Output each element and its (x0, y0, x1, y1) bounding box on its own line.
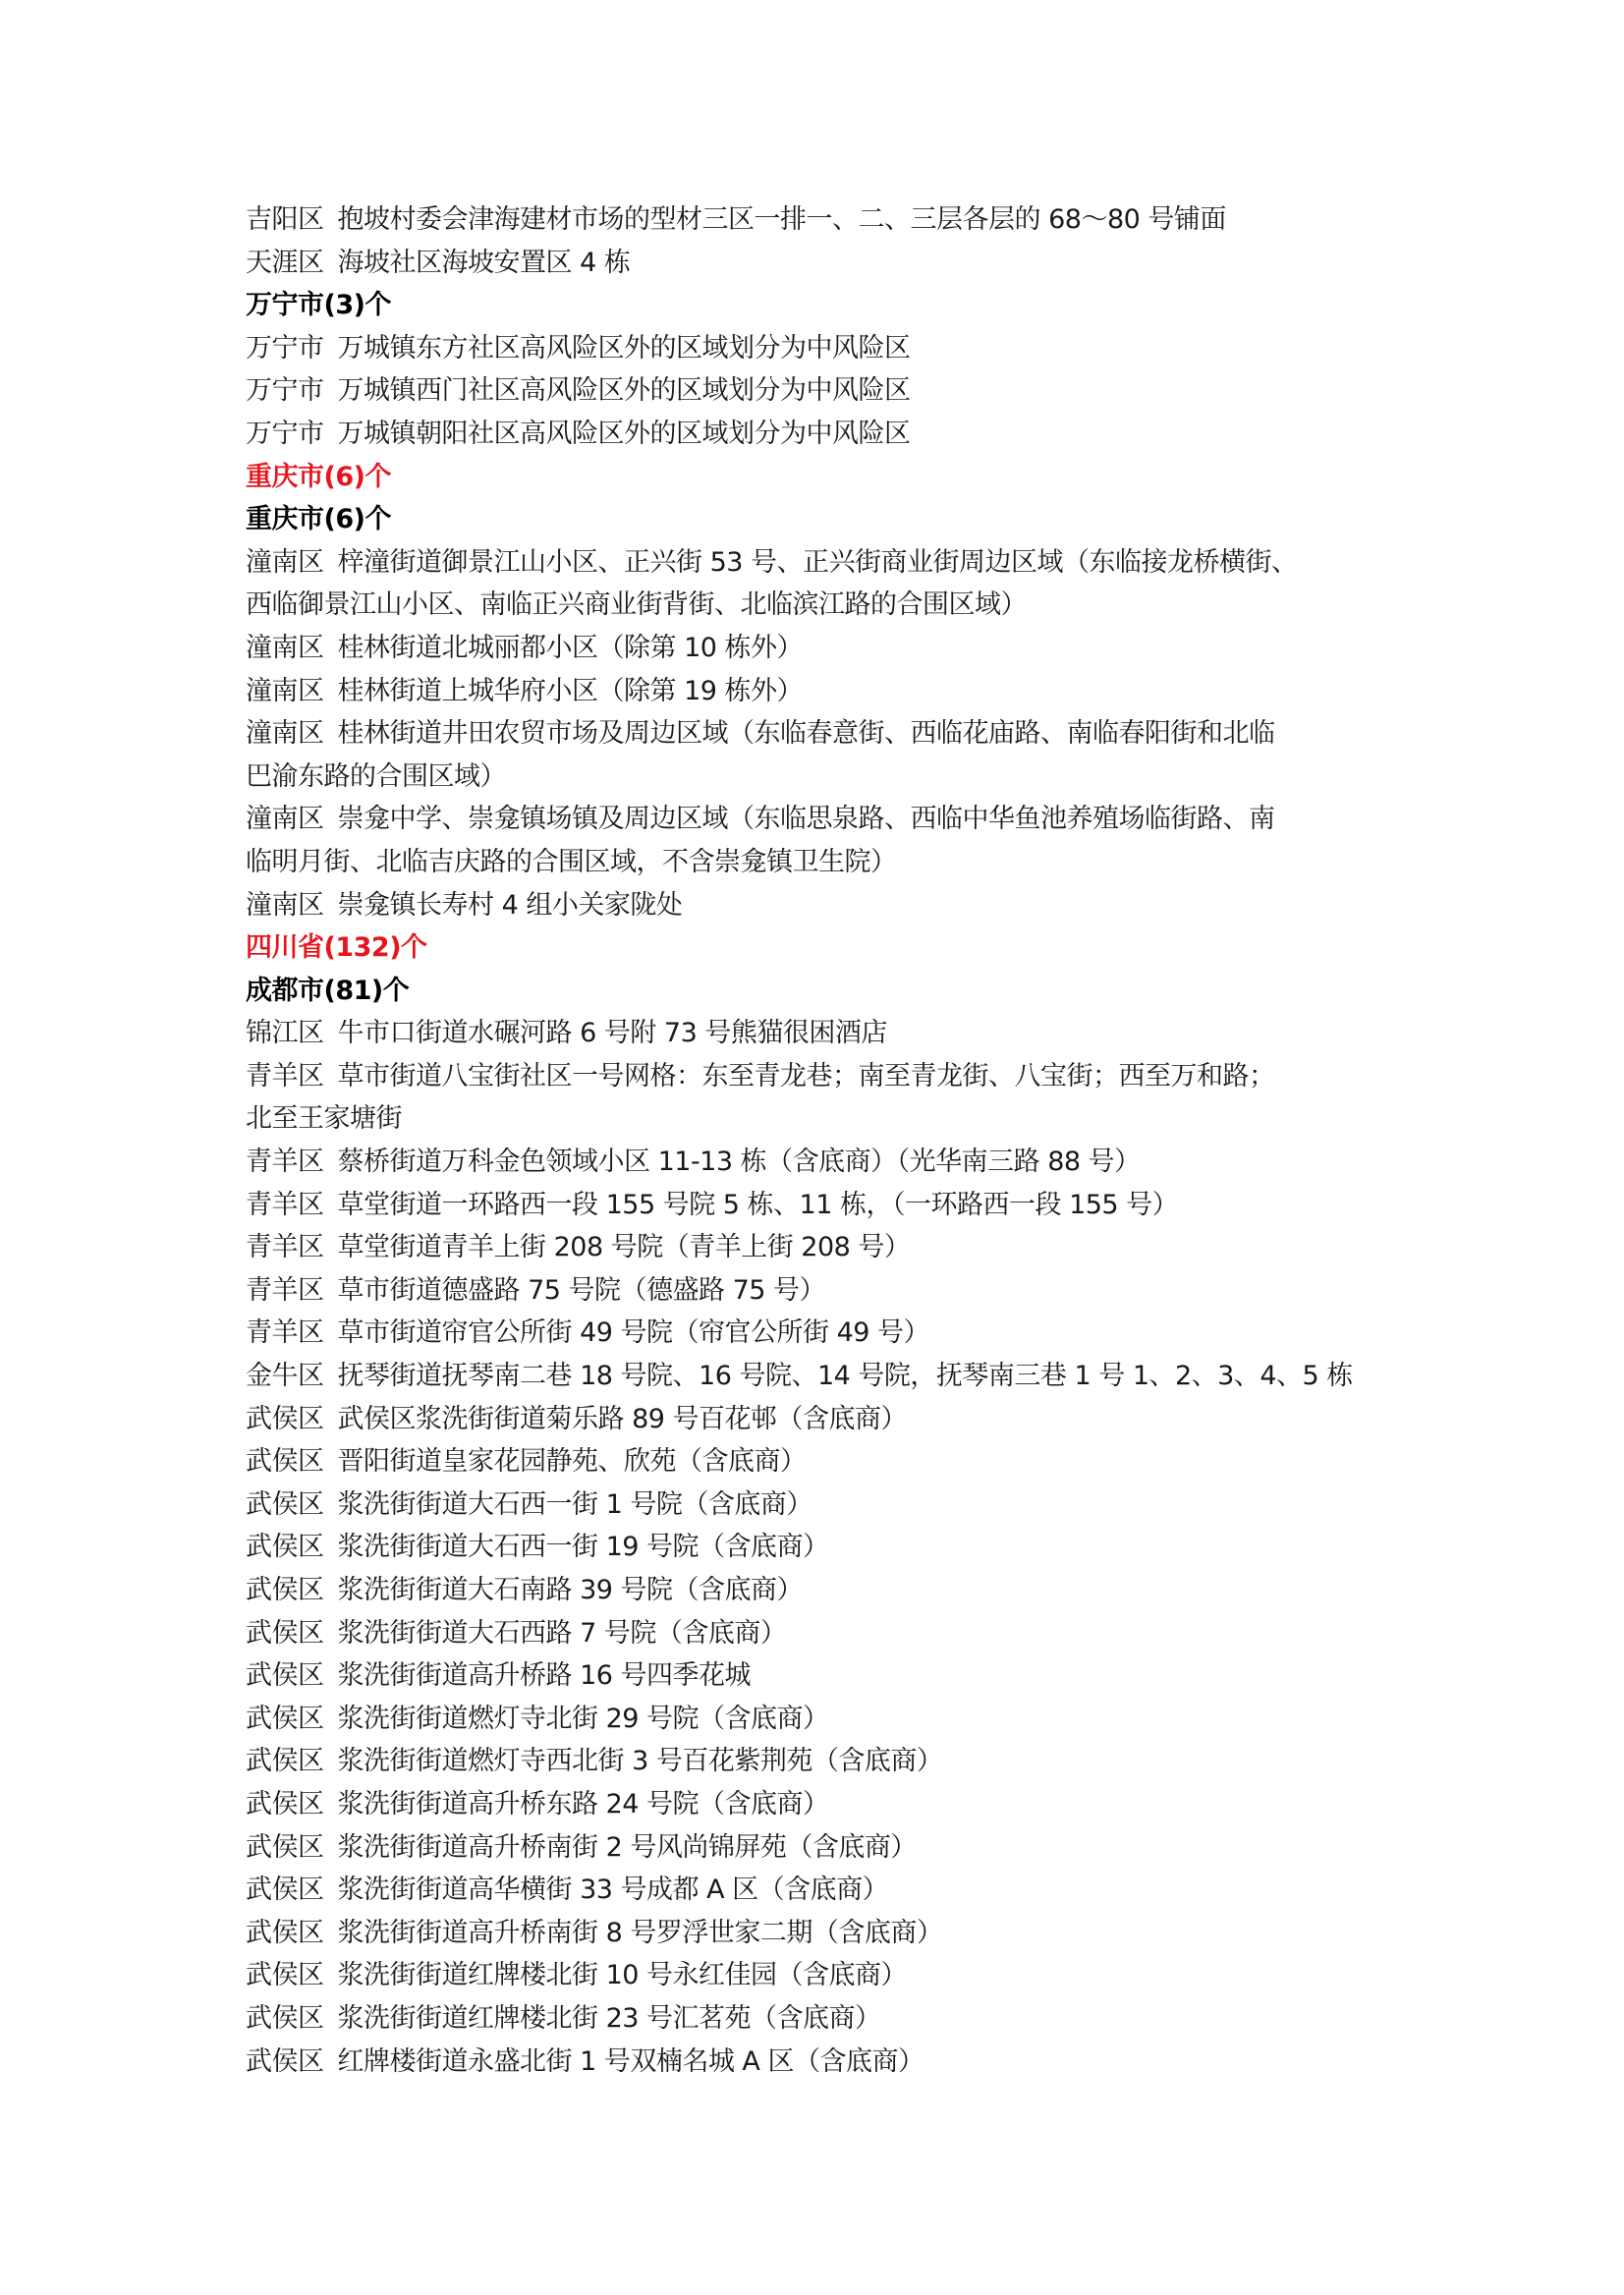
risk-area-entry: 万宁市万城镇朝阳社区高风险区外的区域划分为中风险区 (246, 413, 1405, 456)
district-name: 青羊区 (246, 1232, 324, 1262)
district-name: 潼南区 (246, 547, 324, 578)
area-description: 浆洗街街道高升桥南街 8 号罗浮世家二期（含底商） (338, 1918, 943, 1948)
district-name: 武侯区 (246, 2003, 324, 2034)
district-name: 锦江区 (246, 1018, 324, 1048)
area-description: 崇龛镇长寿村 4 组小关家陇处 (338, 890, 683, 921)
risk-area-entry: 潼南区梓潼街道御景江山小区、正兴街 53 号、正兴街商业街周边区域（东临接龙桥横… (246, 541, 1405, 585)
area-description: 梓潼街道御景江山小区、正兴街 53 号、正兴街商业街周边区域（东临接龙桥横街、 (338, 547, 1298, 578)
area-description: 浆洗街街道红牌楼北街 23 号汇茗苑（含底商） (338, 2003, 881, 2034)
risk-area-entry: 青羊区草市街道帘官公所街 49 号院（帘官公所街 49 号） (246, 1312, 1405, 1355)
risk-area-entry: 武侯区浆洗街街道大石西一街 1 号院（含底商） (246, 1483, 1405, 1527)
district-name: 武侯区 (246, 1618, 324, 1649)
area-description: 万城镇东方社区高风险区外的区域划分为中风险区 (338, 333, 911, 364)
area-description: 万城镇朝阳社区高风险区外的区域划分为中风险区 (338, 419, 911, 449)
risk-area-entry: 武侯区武侯区浆洗街街道菊乐路 89 号百花邨（含底商） (246, 1398, 1405, 1441)
district-name: 武侯区 (246, 1832, 324, 1863)
district-name: 金牛区 (246, 1361, 324, 1391)
district-name: 武侯区 (246, 1704, 324, 1734)
district-name: 青羊区 (246, 1275, 324, 1306)
area-description: 浆洗街街道大石南路 39 号院（含底商） (338, 1575, 804, 1605)
district-name: 万宁市 (246, 333, 324, 364)
district-name: 武侯区 (246, 1875, 324, 1905)
district-name: 武侯区 (246, 1446, 324, 1477)
district-name: 天涯区 (246, 248, 324, 278)
document-page: 吉阳区抱坡村委会津海建材市场的型材三区一排一、二、三层各层的 68～80 号铺面… (246, 198, 1405, 2083)
district-name: 吉阳区 (246, 204, 324, 235)
area-description: 海坡社区海坡安置区 4 栋 (338, 248, 631, 278)
area-description: 浆洗街街道大石西一街 19 号院（含底商） (338, 1532, 829, 1562)
risk-area-entry: 武侯区浆洗街街道大石西一街 19 号院（含底商） (246, 1526, 1405, 1569)
risk-area-entry: 潼南区崇龛中学、崇龛镇场镇及周边区域（东临思泉路、西临中华鱼池养殖场临街路、南 (246, 798, 1405, 841)
area-description: 草堂街道一环路西一段 155 号院 5 栋、11 栋，（一环路西一段 155 号… (338, 1190, 1179, 1220)
risk-area-entry: 武侯区浆洗街街道燃灯寺北街 29 号院（含底商） (246, 1698, 1405, 1741)
area-description: 浆洗街街道大石西一街 1 号院（含底商） (338, 1489, 812, 1520)
district-name: 潼南区 (246, 718, 324, 749)
district-name: 潼南区 (246, 804, 324, 834)
province-heading: 四川省(132)个 (246, 926, 1405, 970)
district-name: 武侯区 (246, 1746, 324, 1776)
risk-area-entry: 武侯区浆洗街街道大石南路 39 号院（含底商） (246, 1569, 1405, 1612)
risk-area-entry: 潼南区桂林街道北城丽都小区（除第 10 栋外） (246, 627, 1405, 670)
city-heading: 成都市(81)个 (246, 970, 1405, 1013)
district-name: 武侯区 (246, 1404, 324, 1434)
district-name: 武侯区 (246, 1575, 324, 1605)
risk-area-entry: 青羊区草市街道八宝街社区一号网格：东至青龙巷；南至青龙街、八宝街；西至万和路； (246, 1055, 1405, 1098)
district-name: 武侯区 (246, 1960, 324, 1990)
area-description: 桂林街道上城华府小区（除第 19 栋外） (338, 676, 804, 706)
area-description: 桂林街道井田农贸市场及周边区域（东临春意街、西临花庙路、南临春阳街和北临 (338, 718, 1275, 749)
entry-continuation: 巴渝东路的合围区域） (246, 756, 1405, 799)
area-description: 草市街道德盛路 75 号院（德盛路 75 号） (338, 1275, 826, 1306)
area-description: 崇龛中学、崇龛镇场镇及周边区域（东临思泉路、西临中华鱼池养殖场临街路、南 (338, 804, 1275, 834)
area-description: 浆洗街街道大石西路 7 号院（含底商） (338, 1618, 787, 1649)
area-description: 浆洗街街道燃灯寺西北街 3 号百花紫荆苑（含底商） (338, 1746, 943, 1776)
risk-area-entry: 天涯区海坡社区海坡安置区 4 栋 (246, 242, 1405, 285)
risk-area-entry: 青羊区草市街道德盛路 75 号院（德盛路 75 号） (246, 1269, 1405, 1313)
district-name: 青羊区 (246, 1317, 324, 1348)
area-description: 草市街道帘官公所街 49 号院（帘官公所街 49 号） (338, 1317, 930, 1348)
area-description: 浆洗街街道高升桥东路 24 号院（含底商） (338, 1789, 829, 1819)
area-description: 浆洗街街道红牌楼北街 10 号永红佳园（含底商） (338, 1960, 908, 1990)
risk-area-entry: 武侯区浆洗街街道红牌楼北街 23 号汇茗苑（含底商） (246, 1997, 1405, 2041)
risk-area-entry: 武侯区浆洗街街道高升桥南街 2 号风尚锦屏苑（含底商） (246, 1826, 1405, 1870)
area-description: 浆洗街街道高升桥南街 2 号风尚锦屏苑（含底商） (338, 1832, 917, 1863)
risk-area-entry: 锦江区牛市口街道水碾河路 6 号附 73 号熊猫很困酒店 (246, 1012, 1405, 1055)
risk-area-entry: 吉阳区抱坡村委会津海建材市场的型材三区一排一、二、三层各层的 68～80 号铺面 (246, 198, 1405, 242)
district-name: 武侯区 (246, 2046, 324, 2077)
risk-area-entry: 武侯区浆洗街街道高升桥路 16 号四季花城 (246, 1654, 1405, 1698)
district-name: 潼南区 (246, 890, 324, 921)
area-description: 浆洗街街道高升桥路 16 号四季花城 (338, 1660, 752, 1691)
district-name: 武侯区 (246, 1532, 324, 1562)
area-description: 草堂街道青羊上街 208 号院（青羊上街 208 号） (338, 1232, 911, 1262)
district-name: 潼南区 (246, 633, 324, 663)
district-name: 万宁市 (246, 375, 324, 406)
risk-area-entry: 武侯区浆洗街街道高升桥东路 24 号院（含底商） (246, 1783, 1405, 1826)
risk-area-entry: 万宁市万城镇西门社区高风险区外的区域划分为中风险区 (246, 369, 1405, 413)
area-description: 武侯区浆洗街街道菊乐路 89 号百花邨（含底商） (338, 1404, 908, 1434)
risk-area-entry: 潼南区崇龛镇长寿村 4 组小关家陇处 (246, 884, 1405, 927)
district-name: 武侯区 (246, 1918, 324, 1948)
district-name: 万宁市 (246, 419, 324, 449)
risk-area-entry: 武侯区浆洗街街道高华横街 33 号成都 A 区（含底商） (246, 1869, 1405, 1912)
area-description: 草市街道八宝街社区一号网格：东至青龙巷；南至青龙街、八宝街；西至万和路； (338, 1061, 1275, 1092)
risk-area-entry: 青羊区草堂街道一环路西一段 155 号院 5 栋、11 栋，（一环路西一段 15… (246, 1184, 1405, 1227)
district-name: 青羊区 (246, 1061, 324, 1092)
district-name: 武侯区 (246, 1489, 324, 1520)
district-name: 青羊区 (246, 1190, 324, 1220)
area-description: 牛市口街道水碾河路 6 号附 73 号熊猫很困酒店 (338, 1018, 887, 1048)
risk-area-entry: 万宁市万城镇东方社区高风险区外的区域划分为中风险区 (246, 327, 1405, 370)
area-description: 浆洗街街道高华横街 33 号成都 A 区（含底商） (338, 1875, 889, 1905)
risk-area-entry: 金牛区抚琴街道抚琴南二巷 18 号院、16 号院、14 号院，抚琴南三巷 1 号… (246, 1355, 1405, 1398)
entry-continuation: 临明月街、北临吉庆路的合围区域，不含崇龛镇卫生院） (246, 841, 1405, 884)
area-description: 浆洗街街道燃灯寺北街 29 号院（含底商） (338, 1704, 829, 1734)
area-description: 晋阳街道皇家花园静苑、欣苑（含底商） (338, 1446, 807, 1477)
entry-continuation: 北至王家塘街 (246, 1097, 1405, 1141)
province-heading: 重庆市(6)个 (246, 456, 1405, 499)
area-description: 抱坡村委会津海建材市场的型材三区一排一、二、三层各层的 68～80 号铺面 (338, 204, 1226, 235)
area-description: 红牌楼街道永盛北街 1 号双楠名城 A 区（含底商） (338, 2046, 924, 2077)
risk-area-entry: 武侯区红牌楼街道永盛北街 1 号双楠名城 A 区（含底商） (246, 2041, 1405, 2084)
risk-area-entry: 武侯区浆洗街街道红牌楼北街 10 号永红佳园（含底商） (246, 1954, 1405, 1997)
district-name: 青羊区 (246, 1147, 324, 1177)
city-heading: 重庆市(6)个 (246, 498, 1405, 541)
district-name: 潼南区 (246, 676, 324, 706)
risk-area-entry: 武侯区浆洗街街道高升桥南街 8 号罗浮世家二期（含底商） (246, 1912, 1405, 1955)
risk-area-entry: 青羊区草堂街道青羊上街 208 号院（青羊上街 208 号） (246, 1226, 1405, 1269)
area-description: 抚琴街道抚琴南二巷 18 号院、16 号院、14 号院，抚琴南三巷 1 号 1、… (338, 1361, 1353, 1391)
district-name: 武侯区 (246, 1660, 324, 1691)
entry-continuation: 西临御景江山小区、南临正兴商业街背街、北临滨江路的合围区域） (246, 584, 1405, 627)
city-heading: 万宁市(3)个 (246, 284, 1405, 327)
area-description: 蔡桥街道万科金色领域小区 11-13 栋（含底商）（光华南三路 88 号） (338, 1147, 1141, 1177)
area-description: 桂林街道北城丽都小区（除第 10 栋外） (338, 633, 804, 663)
area-description: 万城镇西门社区高风险区外的区域划分为中风险区 (338, 375, 911, 406)
risk-area-entry: 武侯区晋阳街道皇家花园静苑、欣苑（含底商） (246, 1440, 1405, 1483)
risk-area-entry: 青羊区蔡桥街道万科金色领域小区 11-13 栋（含底商）（光华南三路 88 号） (246, 1141, 1405, 1184)
risk-area-entry: 潼南区桂林街道上城华府小区（除第 19 栋外） (246, 670, 1405, 713)
risk-area-entry: 武侯区浆洗街街道大石西路 7 号院（含底商） (246, 1612, 1405, 1655)
district-name: 武侯区 (246, 1789, 324, 1819)
risk-area-entry: 潼南区桂林街道井田农贸市场及周边区域（东临春意街、西临花庙路、南临春阳街和北临 (246, 712, 1405, 756)
risk-area-entry: 武侯区浆洗街街道燃灯寺西北街 3 号百花紫荆苑（含底商） (246, 1740, 1405, 1783)
